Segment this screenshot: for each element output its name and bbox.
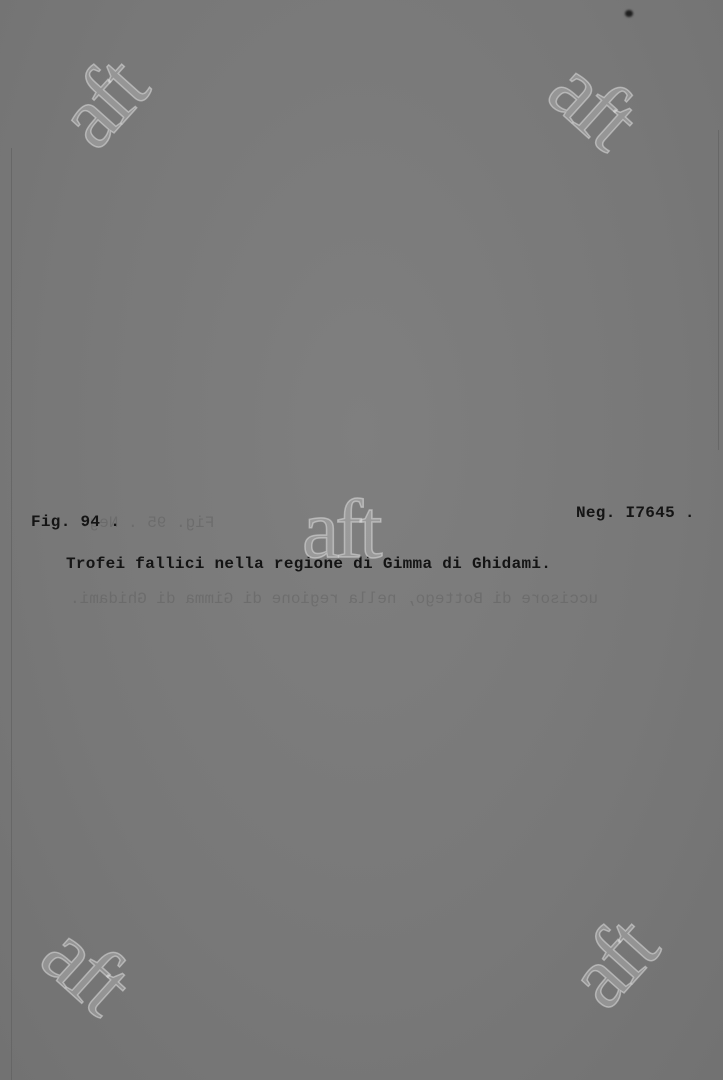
- right-edge-line: [718, 130, 719, 450]
- watermark-logo: aft: [533, 44, 652, 163]
- left-edge-line: [11, 148, 12, 1080]
- watermark-logo: aft: [302, 488, 379, 572]
- bleed-through-text: uccisore di Bottego, nella regione di Gi…: [70, 590, 598, 608]
- negative-number: Neg. I7645 .: [576, 504, 695, 522]
- scanned-document-page: Fig. 95 . Neg. uccisore di Bottego, nell…: [0, 0, 723, 1080]
- watermark-logo: aft: [553, 905, 672, 1024]
- ink-spot: [625, 10, 633, 17]
- watermark-logo: aft: [43, 45, 162, 164]
- watermark-logo: aft: [26, 909, 145, 1028]
- figure-label: Fig. 94 .: [31, 513, 120, 531]
